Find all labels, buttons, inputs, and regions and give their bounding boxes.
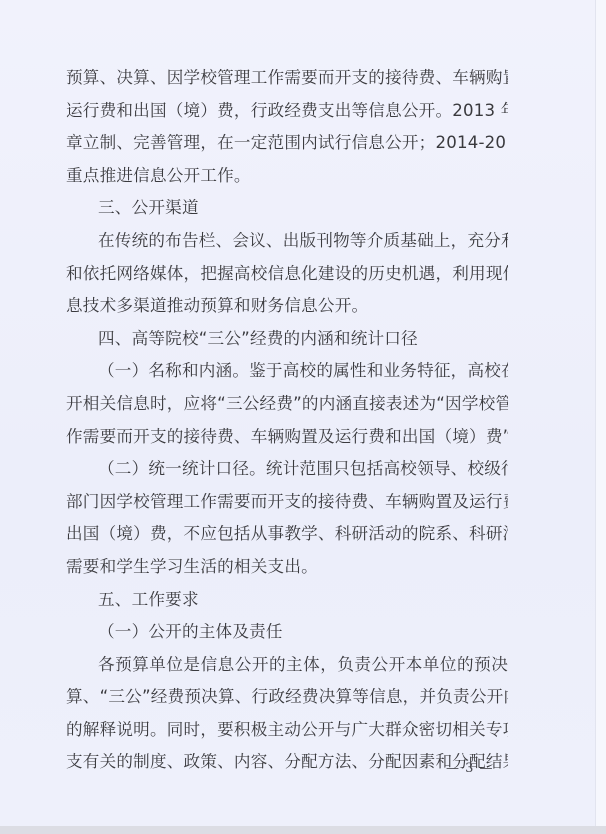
subsection-heading-subject: （一）公开的主体及责任 [66, 616, 508, 649]
text-line: 算、“三公”经费预决算、行政经费决算等信息，并负责公开内容 [66, 681, 508, 714]
document-page: 预算、决算、因学校管理工作需要而开支的接待费、车辆购置及 运行费和出国（境）费，… [0, 0, 596, 826]
text-line: 部门因学校管理工作需要而开支的接待费、车辆购置及运行费和 [66, 486, 508, 519]
text-line: 的解释说明。同时，要积极主动公开与广大群众密切相关专项收 [66, 714, 508, 747]
text-line: （二）统一统计口径。统计范围只包括高校领导、校级行政 [66, 453, 508, 486]
text-line: 重点推进信息公开工作。 [66, 160, 508, 193]
text-line: 预算、决算、因学校管理工作需要而开支的接待费、车辆购置及 [66, 62, 508, 95]
document-body: 预算、决算、因学校管理工作需要而开支的接待费、车辆购置及 运行费和出国（境）费，… [66, 62, 508, 779]
page-edge-bottom [0, 826, 606, 834]
text-line: 和依托网络媒体，把握高校信息化建设的历史机遇，利用现代信 [66, 258, 508, 291]
page-number: — 3 — [446, 761, 494, 776]
text-line: 息技术多渠道推动预算和财务信息公开。 [66, 290, 508, 323]
text-line: 作需要而开支的接待费、车辆购置及运行费和出国（境）费”。 [66, 421, 508, 454]
page-edge-right [595, 0, 606, 834]
text-line: 出国（境）费，不应包括从事教学、科研活动的院系、科研活动 [66, 518, 508, 551]
section-heading-requirements: 五、工作要求 [66, 584, 508, 617]
text-line: 支有关的制度、政策、内容、分配方法、分配因素和分配结果等。切 [66, 746, 508, 779]
text-line: 各预算单位是信息公开的主体，负责公开本单位的预决 [66, 649, 508, 682]
text-line: 在传统的布告栏、会议、出版刊物等介质基础上，充分利用 [66, 225, 508, 258]
section-heading-channels: 三、公开渠道 [66, 192, 508, 225]
text-line: 开相关信息时，应将“三公经费”的内涵直接表述为“因学校管理工 [66, 388, 508, 421]
section-heading-scope: 四、高等院校“三公”经费的内涵和统计口径 [66, 323, 508, 356]
text-line: 需要和学生学习生活的相关支出。 [66, 551, 508, 584]
text-line: 章立制、完善管理，在一定范围内试行信息公开；2014-2015 年 [66, 127, 508, 160]
text-line: 运行费和出国（境）费，行政经费支出等信息公开。2013 年建 [66, 95, 508, 128]
text-line: （一）名称和内涵。鉴于高校的属性和业务特征，高校在公 [66, 355, 508, 388]
